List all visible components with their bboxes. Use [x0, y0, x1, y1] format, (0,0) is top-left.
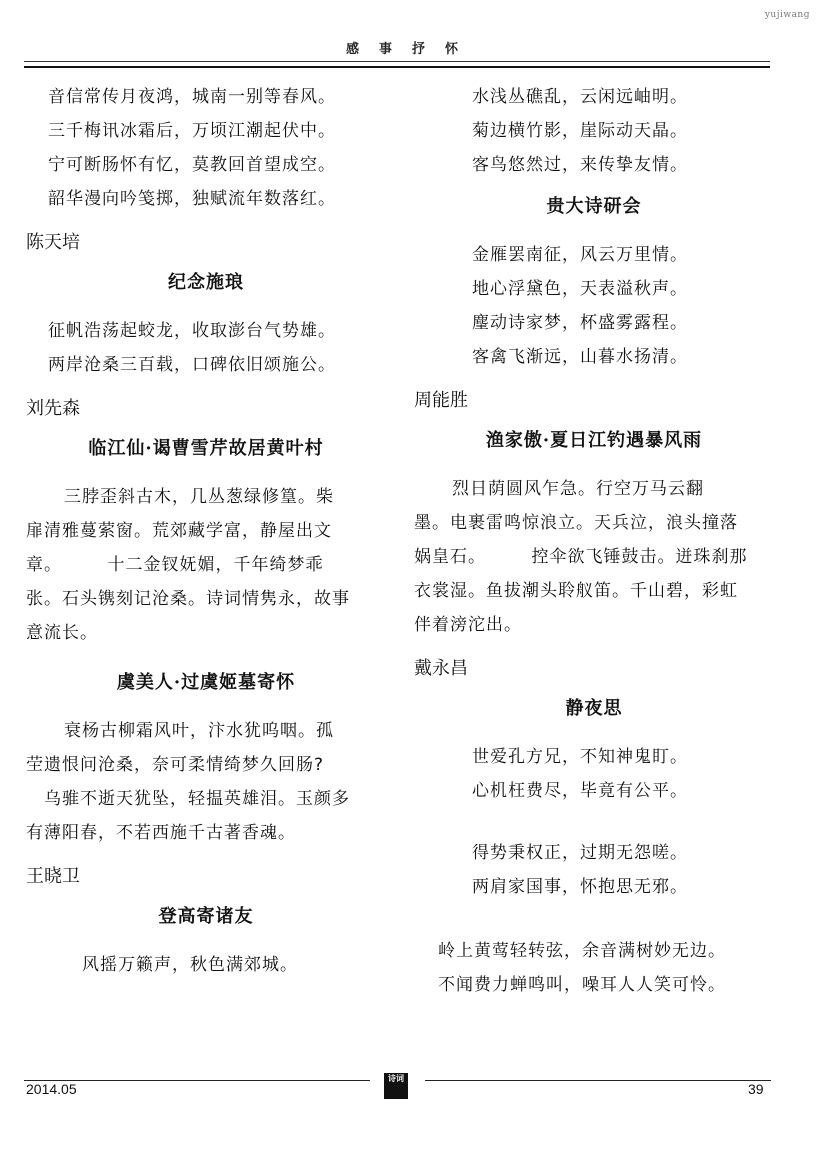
author-name: 陈天培: [26, 228, 386, 258]
ci-text: 衰杨古柳霜风叶，汴水犹呜咽。孤 茔遗恨问沧桑，奈可柔情绮梦久回肠? 乌骓不逝天犹…: [26, 714, 386, 850]
author-name: 戴永昌: [414, 654, 774, 684]
poem-title: 贵大诗研会: [414, 192, 774, 222]
poem-title: 临江仙·谒曹雪芹故居黄叶村: [26, 434, 386, 464]
ci-line: 张。石头镌刻记沧桑。诗词情隽永，故事: [26, 582, 386, 616]
ci-text: 烈日荫圆风乍急。行空万马云翻 墨。电裹雷鸣惊浪立。天兵泣，浪头撞落 娲皇石。 控…: [414, 472, 774, 642]
poem-entry: 周能胜 渔家傲·夏日江钓遇暴风雨 烈日荫圆风乍急。行空万马云翻 墨。电裹雷鸣惊浪…: [414, 386, 774, 642]
ci-line: 娲皇石。 控伞欲飞锤鼓击。迸珠刹那: [414, 540, 774, 574]
poem-entry: 贵大诗研会 金雁罢南征，风云万里情。 地心浮黛色，天表溢秋声。 麈动诗家梦，杯盛…: [414, 192, 774, 374]
author-name: 刘先森: [26, 394, 386, 424]
poem-entry: 虞美人·过虞姬墓寄怀 衰杨古柳霜风叶，汴水犹呜咽。孤 茔遗恨问沧桑，奈可柔情绮梦…: [26, 668, 386, 850]
verse-line: 金雁罢南征，风云万里情。: [414, 238, 774, 272]
verse-line: 两肩家国事，怀抱思无邪。: [414, 870, 774, 904]
verse-line: 麈动诗家梦，杯盛雾露程。: [414, 306, 774, 340]
verse-line: 客禽飞渐远，山暮水扬清。: [414, 340, 774, 374]
header-rule-thick: [24, 66, 770, 68]
watermark: yujiwang: [765, 10, 810, 20]
author-name: 王晓卫: [26, 862, 386, 892]
verse-line: 音信常传月夜鸿，城南一别等春风。: [26, 80, 386, 114]
stanza: 岭上黄莺轻转弦，余音满树妙无边。 不闻费力蝉鸣叫，噪耳人人笑可怜。: [414, 934, 774, 1002]
ci-line: 衰杨古柳霜风叶，汴水犹呜咽。孤: [64, 721, 334, 741]
ci-line: 伴着滂沱出。: [414, 608, 774, 642]
verse-line: 岭上黄莺轻转弦，余音满树妙无边。: [414, 934, 774, 968]
footer-rule-right: [425, 1080, 771, 1081]
poem-entry: 戴永昌 静夜思 世爱孔方兄，不知神鬼盯。 心机枉费尽，毕竟有公平。 得势秉权正，…: [414, 654, 774, 1002]
poem-entry: 刘先森 临江仙·谒曹雪芹故居黄叶村 三脖歪斜古木，几丛葱绿修篁。柴 扉清雅蔓萦窗…: [26, 394, 386, 650]
ci-line: 衣裳湿。鱼拔潮头聆舣笛。千山碧，彩虹: [414, 574, 774, 608]
poem-title: 虞美人·过虞姬墓寄怀: [26, 668, 386, 698]
ci-line: 烈日荫圆风乍急。行空万马云翻: [452, 479, 704, 499]
verse-line: 世爱孔方兄，不知神鬼盯。: [414, 740, 774, 774]
verse-line: 风摇万籁声，秋色满郊城。: [26, 948, 386, 982]
poem-title: 静夜思: [414, 694, 774, 724]
author-name: 周能胜: [414, 386, 774, 416]
ci-line: 意流长。: [26, 616, 386, 650]
left-column: 音信常传月夜鸿，城南一别等春风。 三千梅讯冰霜后，万顷江潮起伏中。 宁可断肠怀有…: [26, 80, 386, 982]
verse-line: 心机枉费尽，毕竟有公平。: [414, 774, 774, 808]
verse-line: 水浅丛礁乱，云闲远岫明。: [414, 80, 774, 114]
verse-line: 征帆浩荡起蛟龙，收取澎台气势雄。: [26, 314, 386, 348]
journal-logo-icon: 诗词: [384, 1073, 408, 1099]
verse-line: 客鸟悠然过，来传挚友情。: [414, 148, 774, 182]
page-number: 39: [748, 1081, 764, 1097]
verse-line: 菊边横竹影，崖际动天晶。: [414, 114, 774, 148]
right-column: 水浅丛礁乱，云闲远岫明。 菊边横竹影，崖际动天晶。 客鸟悠然过，来传挚友情。 贵…: [414, 80, 774, 1002]
poem-title: 渔家傲·夏日江钓遇暴风雨: [414, 426, 774, 456]
verse-line: 得势秉权正，过期无怨嗟。: [414, 836, 774, 870]
ci-line: 墨。电裹雷鸣惊浪立。天兵泣，浪头撞落: [414, 506, 774, 540]
issue-date: 2014.05: [26, 1081, 77, 1097]
continued-poem: 水浅丛礁乱，云闲远岫明。 菊边横竹影，崖际动天晶。 客鸟悠然过，来传挚友情。: [414, 80, 774, 182]
verse-line: 韶华漫向吟笺掷，独赋流年数落红。: [26, 182, 386, 216]
ci-line: 有薄阳春，不若西施千古著香魂。: [26, 816, 386, 850]
verse-line: 三千梅讯冰霜后，万顷江潮起伏中。: [26, 114, 386, 148]
ci-line: 茔遗恨问沧桑，奈可柔情绮梦久回肠?: [26, 748, 386, 782]
stanza: 世爱孔方兄，不知神鬼盯。 心机枉费尽，毕竟有公平。: [414, 740, 774, 808]
poem-title: 纪念施琅: [26, 268, 386, 298]
verse-line: 不闻费力蝉鸣叫，噪耳人人笑可怜。: [414, 968, 774, 1002]
running-head: 感事抒怀: [0, 38, 824, 57]
ci-line: 乌骓不逝天犹坠，轻揾英雄泪。玉颜多: [44, 789, 350, 809]
poem-title: 登高寄诸友: [26, 902, 386, 932]
ci-line: 扉清雅蔓萦窗。荒郊藏学富，静屋出文: [26, 514, 386, 548]
poem-entry: 陈天培 纪念施琅 征帆浩荡起蛟龙，收取澎台气势雄。 两岸沧桑三百载，口碑依旧颂施…: [26, 228, 386, 382]
ci-line: 章。 十二金钗妩媚，千年绮梦乖: [26, 548, 386, 582]
poem-entry: 王晓卫 登高寄诸友 风摇万籁声，秋色满郊城。: [26, 862, 386, 982]
stanza: 得势秉权正，过期无怨嗟。 两肩家国事，怀抱思无邪。: [414, 836, 774, 904]
verse-line: 宁可断肠怀有忆，莫教回首望成空。: [26, 148, 386, 182]
continued-poem: 音信常传月夜鸿，城南一别等春风。 三千梅讯冰霜后，万顷江潮起伏中。 宁可断肠怀有…: [26, 80, 386, 216]
ci-line: 三脖歪斜古木，几丛葱绿修篁。柴: [64, 487, 334, 507]
verse-line: 地心浮黛色，天表溢秋声。: [414, 272, 774, 306]
verse-line: 两岸沧桑三百载，口碑依旧颂施公。: [26, 348, 386, 382]
ci-text: 三脖歪斜古木，几丛葱绿修篁。柴 扉清雅蔓萦窗。荒郊藏学富，静屋出文 章。 十二金…: [26, 480, 386, 650]
header-rule: [24, 61, 770, 62]
